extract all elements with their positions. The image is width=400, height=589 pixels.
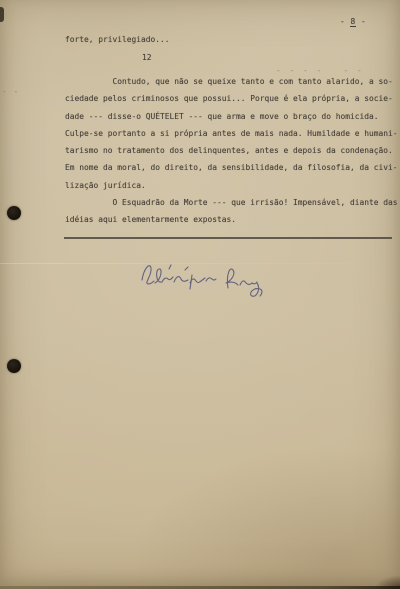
typewritten-line: idéias aqui elementarmente expostas. (65, 214, 236, 225)
scan-edge-artifact (0, 7, 4, 22)
page-number-prefix: - (340, 17, 350, 26)
margin-dash-marks: - - (2, 86, 19, 97)
typewritten-line: Contudo, que não se queixe tanto e com t… (65, 76, 393, 87)
ghost-dash-marks: - - - - - - (276, 65, 364, 76)
punch-hole (7, 206, 21, 220)
typewritten-line: ciedade pelos criminosos que possui... P… (65, 93, 393, 104)
page-number-suffix: - (356, 17, 366, 26)
carryover-line: forte, privilegiado... (65, 34, 170, 45)
typewritten-line: Culpe-se portanto a si própria antes de … (65, 128, 398, 139)
section-number: 12 (142, 52, 152, 63)
handwritten-signature (136, 256, 268, 310)
punch-hole (7, 359, 21, 373)
document-page: - 8 - forte, privilegiado... 12 - - - - … (0, 0, 400, 589)
page-number: - 8 - (340, 16, 366, 27)
typewritten-line: dade --- disse-o QUÉTELET --- que arma e… (65, 111, 379, 122)
typewritten-line: tarismo no tratamento dos delinquentes, … (65, 145, 393, 156)
typewritten-line: O Esquadrão da Morte --- que irrisão! Im… (65, 197, 398, 208)
horizontal-rule (64, 237, 392, 239)
typewritten-line: Em nome da moral, do direito, da sensibi… (65, 162, 398, 173)
typewritten-line: lização jurídica. (65, 180, 146, 191)
scan-edge-artifact (374, 575, 400, 589)
